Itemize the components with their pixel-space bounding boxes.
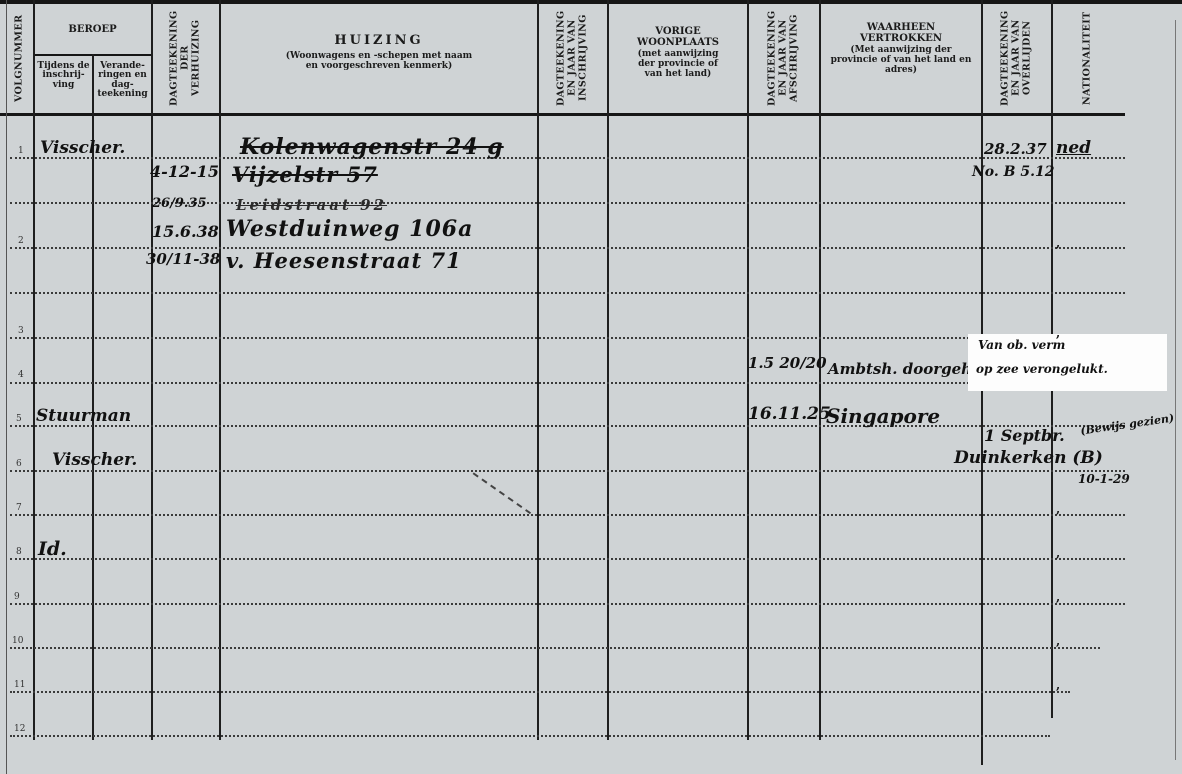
col-rule-0 xyxy=(6,0,7,774)
header-bottom-rule xyxy=(0,113,1125,116)
vertrokken-date: 1 Septbr. xyxy=(984,426,1065,445)
verhuizing-date-4: 30/11-38 xyxy=(146,250,220,268)
beroep-entry-row6: Visscher. xyxy=(52,450,137,470)
beroep-entry-row5: Stuurman xyxy=(36,406,131,426)
beroep-entry-row1: Visscher. xyxy=(40,138,125,158)
header-vorige-sub: (met aanwijzing der provincie of van het… xyxy=(628,50,728,80)
header-nationaliteit: NATIONALITEIT xyxy=(1058,6,1118,110)
overlijden-date: 28.2.37 xyxy=(984,140,1047,158)
vertrokken-place: Duinkerken (B) xyxy=(954,448,1103,468)
ditto-mark: , xyxy=(1056,546,1060,560)
row-number-9: 9 xyxy=(14,592,20,602)
header-waarheen-title: WAARHEEN VERTROKKEN xyxy=(856,22,946,44)
beroep-entry-row8: Id. xyxy=(38,538,67,560)
ditto-mark: , xyxy=(1056,502,1060,516)
header-afschrijving: DAGTEEKENING EN JAAR VAN AFSCHRIJVING xyxy=(755,6,813,110)
row-rule-2b xyxy=(10,292,1125,294)
afschrijving-date-row4: 1.5 20/20 xyxy=(748,354,827,372)
stray-ink-mark xyxy=(471,472,531,516)
row-number-5: 5 xyxy=(16,414,22,424)
header-waarheen-vertrokken: WAARHEEN VERTROKKEN (Met aanwijzing der … xyxy=(821,22,981,76)
header-beroep-veranderingen: Verande-ringen en dag-teekening xyxy=(94,62,151,100)
col-rule-3 xyxy=(151,0,153,740)
vertrokken-date2: 10-1-29 xyxy=(1078,472,1130,486)
row-number-1: 1 xyxy=(18,146,24,156)
row-rule-1 xyxy=(10,157,1125,159)
ditto-mark: , xyxy=(1056,678,1060,692)
col-rule-11 xyxy=(1175,20,1176,760)
pasted-note-line1: Van ob. verm xyxy=(978,338,1065,352)
col-rule-6 xyxy=(607,0,609,740)
top-border xyxy=(0,0,1182,4)
vertrokken-note: (Bewijs gezien) xyxy=(1080,411,1175,437)
row-rule-10 xyxy=(10,647,1100,649)
ditto-mark: , xyxy=(1056,236,1060,250)
row-rule-9 xyxy=(10,603,1125,605)
nationaliteit-row1: ned xyxy=(1056,138,1091,158)
address-3-struck: Leidstraat 92 xyxy=(236,196,387,214)
overlijden-akte: No. B 5.12 xyxy=(972,164,1054,180)
header-huizing-title: HUIZING xyxy=(221,34,537,48)
row-number-6: 6 xyxy=(16,459,22,469)
header-beroep-tijdens: Tijdens de inschrij-ving xyxy=(36,62,91,90)
row-rule-2 xyxy=(10,247,1125,249)
address-5: v. Heesenstraat 71 xyxy=(226,248,462,273)
col-rule-1 xyxy=(33,0,35,740)
ditto-mark: , xyxy=(1056,634,1060,648)
header-volgnummer: VOLGNUMMER xyxy=(7,6,33,110)
afschrijving-date-row5: 16.11.25 xyxy=(748,404,831,424)
afschrijving-dest-row4: Ambtsh. doorgeh. xyxy=(828,360,977,378)
verhuizing-date-1: 4-12-15 xyxy=(150,162,219,181)
pasted-note-patch: Van ob. verm op zee verongelukt. xyxy=(968,334,1167,391)
row-rule-6 xyxy=(10,470,1125,472)
row-number-3: 3 xyxy=(18,326,24,336)
header-inschrijving: DAGTEEKENING EN JAAR VAN INSCHRIJVING xyxy=(545,6,601,110)
row-number-2: 2 xyxy=(18,236,24,246)
header-huizing-sub: (Woonwagens en -schepen met naam en voor… xyxy=(284,52,474,72)
row-number-7: 7 xyxy=(16,503,22,513)
address-2-struck: Vijzelstr 57 xyxy=(232,162,378,187)
header-waarheen-sub: (Met aanwijzing der provincie of van het… xyxy=(826,46,976,76)
row-number-4: 4 xyxy=(18,370,24,380)
address-1-struck: Kolenwagenstr 24 g xyxy=(240,134,504,160)
row-rule-3 xyxy=(10,337,1125,339)
verhuizing-date-3: 15.6.38 xyxy=(152,222,219,241)
row-number-8: 8 xyxy=(16,547,22,557)
row-rule-7 xyxy=(10,514,1125,516)
row-number-11: 11 xyxy=(14,680,25,690)
verhuizing-date-2: 26/9.35 xyxy=(152,196,207,211)
header-beroep: BEROEP xyxy=(34,24,151,35)
header-overlijden: DAGTEEKENING EN JAAR VAN OVERLIJDEN xyxy=(988,6,1046,110)
row-rule-11 xyxy=(10,691,1070,693)
ditto-mark: , xyxy=(1056,326,1060,340)
address-4: Westduinweg 106a xyxy=(226,216,473,242)
row-rule-4 xyxy=(10,382,1125,384)
pasted-note-line2: op zee verongelukt. xyxy=(976,362,1108,376)
row-rule-8 xyxy=(10,558,1125,560)
row-rule-5 xyxy=(10,425,1125,427)
row-rule-12 xyxy=(10,735,1050,737)
header-vorige-woonplaats: VORIGE WOONPLAATS (met aanwijzing der pr… xyxy=(609,26,747,80)
row-number-10: 10 xyxy=(12,636,23,646)
row-number-12: 12 xyxy=(14,724,25,734)
header-dagteekening-verhuizing: DAGTEEKENING DER VERHUIZING xyxy=(156,6,216,110)
col-rule-5 xyxy=(537,0,539,740)
afschrijving-dest-row5: Singapore xyxy=(826,404,940,428)
col-rule-4 xyxy=(219,0,221,740)
header-huizing: HUIZING (Woonwagens en -schepen met naam… xyxy=(221,34,537,72)
header-vorige-title: VORIGE WOONPLAATS xyxy=(633,26,723,48)
ditto-mark: , xyxy=(1056,590,1060,604)
register-sheet: VOLGNUMMER BEROEP Tijdens de inschrij-vi… xyxy=(0,0,1182,774)
